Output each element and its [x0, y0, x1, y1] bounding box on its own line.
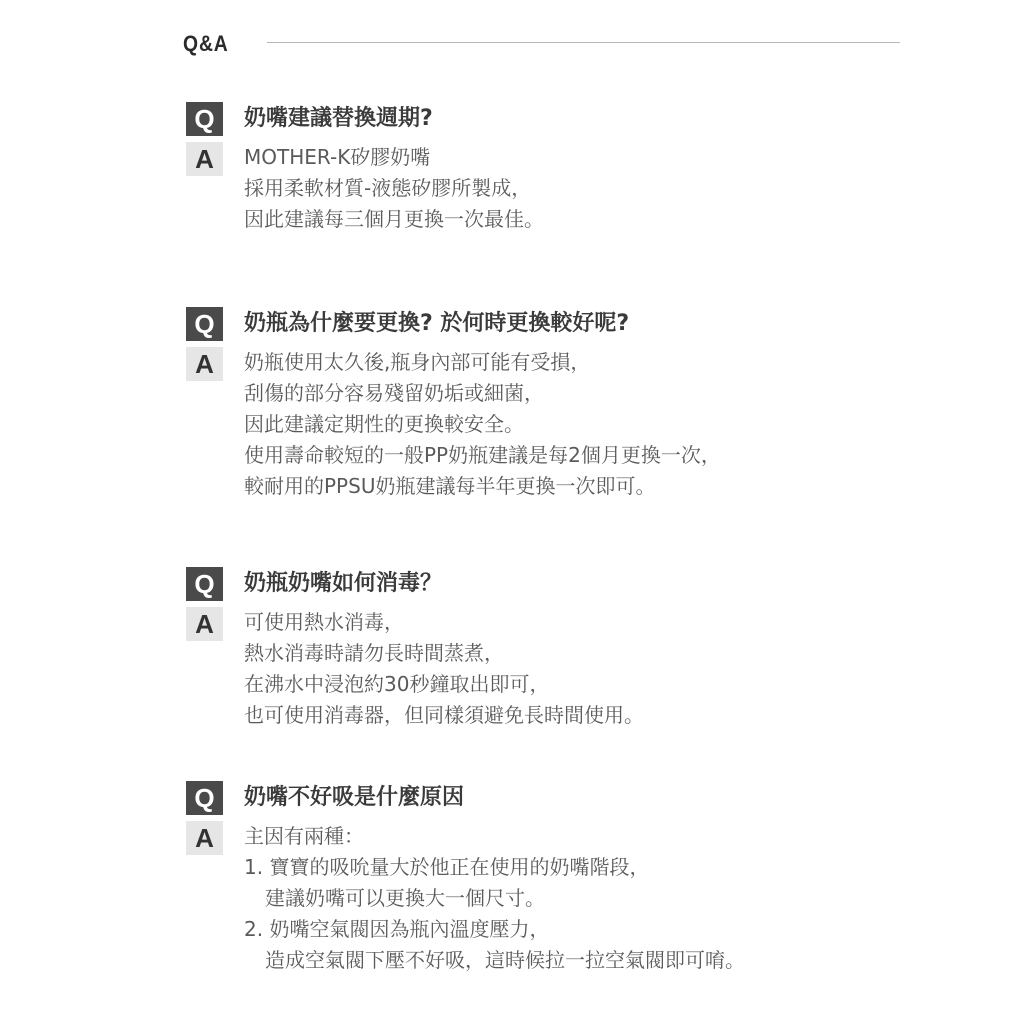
answer-text: 奶瓶使用太久後,瓶身內部可能有受損， 刮傷的部分容易殘留奶垢或細菌， 因此建議定…	[244, 347, 721, 502]
answer-row: A 奶瓶使用太久後,瓶身內部可能有受損， 刮傷的部分容易殘留奶垢或細菌， 因此建…	[186, 345, 886, 383]
answer-line: 熱水消毒時請勿長時間蒸煮，	[244, 638, 644, 669]
question-row: Q 奶嘴建議替換週期?	[186, 102, 886, 140]
question-text: 奶嘴不好吸是什麼原因	[244, 781, 464, 815]
answer-badge: A	[186, 821, 223, 855]
answer-line: 較耐用的PPSU奶瓶建議每半年更換一次即可。	[244, 471, 721, 502]
answer-badge: A	[186, 607, 223, 641]
answer-line: 因此建議每三個月更換一次最佳。	[244, 204, 544, 235]
question-row: Q 奶嘴不好吸是什麼原因	[186, 781, 886, 819]
answer-row: A 主因有兩種： 1. 寶寶的吸吮量大於他正在使用的奶嘴階段， 建議奶嘴可以更換…	[186, 819, 886, 857]
answer-line: 主因有兩種：	[244, 821, 745, 852]
question-badge: Q	[186, 781, 223, 815]
answer-line: 造成空氣閥下壓不好吸，這時候拉一拉空氣閥即可唷。	[244, 945, 745, 976]
faq-item-4: Q 奶嘴不好吸是什麼原因 A 主因有兩種： 1. 寶寶的吸吮量大於他正在使用的奶…	[186, 781, 886, 857]
qa-header: Q&A	[183, 28, 900, 60]
answer-line: MOTHER-K矽膠奶嘴	[244, 142, 544, 173]
answer-line: 也可使用消毒器，但同樣須避免長時間使用。	[244, 700, 644, 731]
question-text: 奶嘴建議替換週期?	[244, 102, 433, 136]
answer-row: A MOTHER-K矽膠奶嘴 採用柔軟材質-液態矽膠所製成， 因此建議每三個月更…	[186, 140, 886, 178]
answer-badge: A	[186, 142, 223, 176]
answer-line: 1. 寶寶的吸吮量大於他正在使用的奶嘴階段，	[244, 852, 745, 883]
question-badge: Q	[186, 102, 223, 136]
answer-line: 採用柔軟材質-液態矽膠所製成，	[244, 173, 544, 204]
answer-line: 刮傷的部分容易殘留奶垢或細菌，	[244, 378, 721, 409]
answer-line: 建議奶嘴可以更換大一個尺寸。	[244, 883, 745, 914]
question-row: Q 奶瓶奶嘴如何消毒？	[186, 567, 886, 605]
question-text: 奶瓶奶嘴如何消毒？	[244, 567, 442, 601]
faq-item-3: Q 奶瓶奶嘴如何消毒？ A 可使用熱水消毒， 熱水消毒時請勿長時間蒸煮， 在沸水…	[186, 567, 886, 643]
answer-line: 在沸水中浸泡約30秒鐘取出即可，	[244, 669, 644, 700]
faq-item-2: Q 奶瓶為什麼要更換? 於何時更換較好呢? A 奶瓶使用太久後,瓶身內部可能有受…	[186, 307, 886, 383]
answer-badge: A	[186, 347, 223, 381]
question-badge: Q	[186, 307, 223, 341]
answer-text: MOTHER-K矽膠奶嘴 採用柔軟材質-液態矽膠所製成， 因此建議每三個月更換一…	[244, 142, 544, 235]
question-text: 奶瓶為什麼要更換? 於何時更換較好呢?	[244, 307, 629, 341]
answer-text: 可使用熱水消毒， 熱水消毒時請勿長時間蒸煮， 在沸水中浸泡約30秒鐘取出即可， …	[244, 607, 644, 731]
answer-text: 主因有兩種： 1. 寶寶的吸吮量大於他正在使用的奶嘴階段， 建議奶嘴可以更換大一…	[244, 821, 745, 976]
faq-item-1: Q 奶嘴建議替換週期? A MOTHER-K矽膠奶嘴 採用柔軟材質-液態矽膠所製…	[186, 102, 886, 178]
page-title: Q&A	[183, 28, 229, 60]
answer-row: A 可使用熱水消毒， 熱水消毒時請勿長時間蒸煮， 在沸水中浸泡約30秒鐘取出即可…	[186, 605, 886, 643]
answer-line: 2. 奶嘴空氣閥因為瓶內溫度壓力，	[244, 914, 745, 945]
answer-line: 因此建議定期性的更換較安全。	[244, 409, 721, 440]
question-badge: Q	[186, 567, 223, 601]
answer-line: 使用壽命較短的一般PP奶瓶建議是每2個月更換一次，	[244, 440, 721, 471]
answer-line: 可使用熱水消毒，	[244, 607, 644, 638]
question-row: Q 奶瓶為什麼要更換? 於何時更換較好呢?	[186, 307, 886, 345]
header-divider	[267, 42, 900, 43]
answer-line: 奶瓶使用太久後,瓶身內部可能有受損，	[244, 347, 721, 378]
